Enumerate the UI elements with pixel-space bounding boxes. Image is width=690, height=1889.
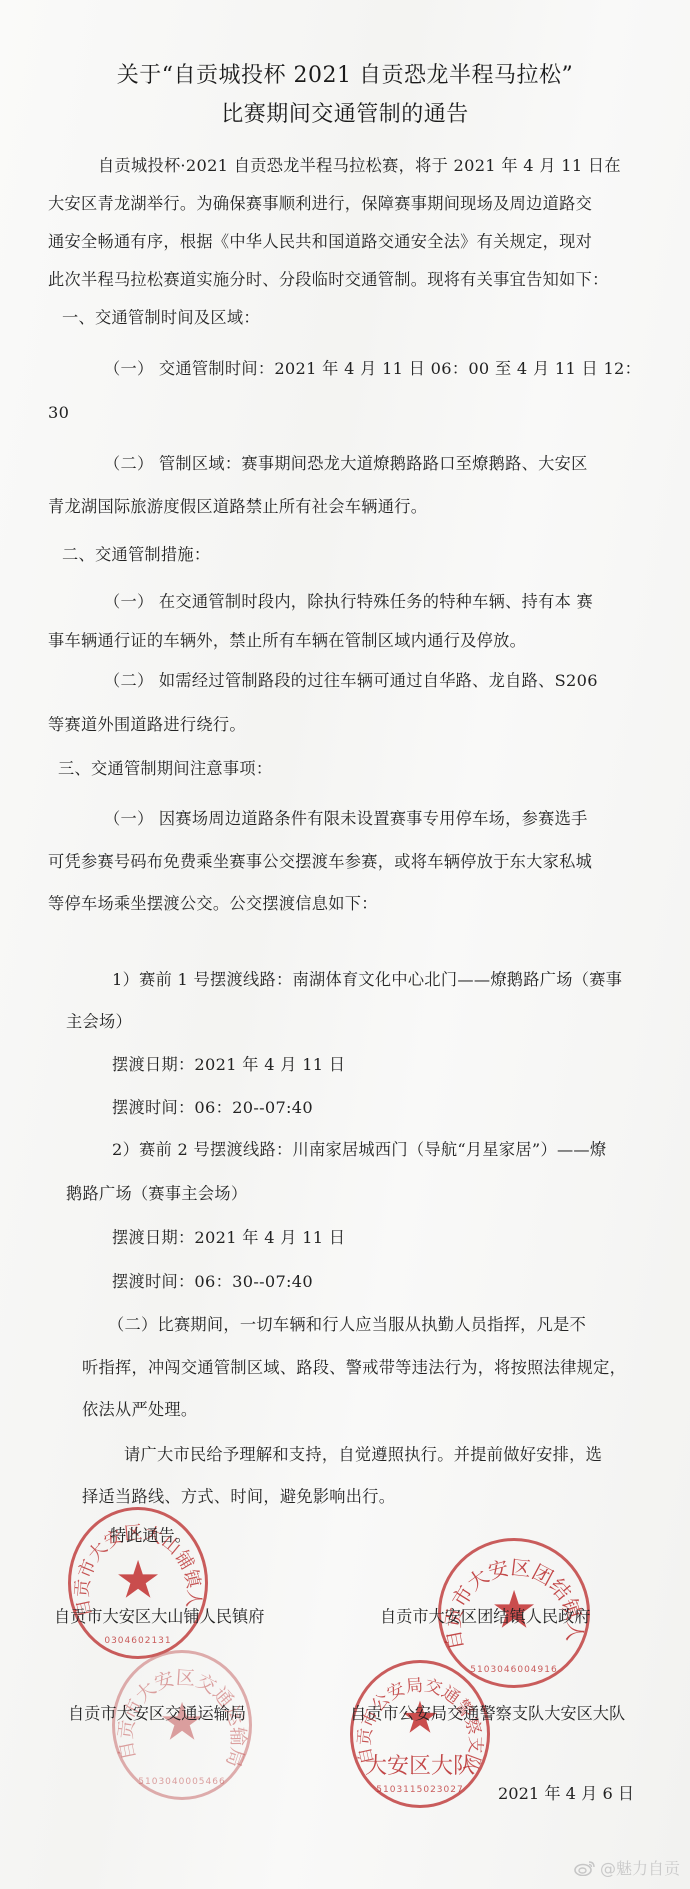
- seal-star-icon: ★: [115, 1554, 162, 1606]
- section2-item1: （一） 在交通管制时段内，除执行特殊任务的特种车辆、持有本 赛: [104, 588, 593, 612]
- section2-item2-cont: 等赛道外围道路进行绕行。: [48, 711, 246, 735]
- document-title-line2: 比赛期间交通管制的通告: [0, 97, 690, 128]
- notice-text: 特此通告。: [110, 1522, 191, 1546]
- intro-line: 此次半程马拉松赛道实施分时、分段临时交通管制。现将有关事宜告知如下：: [48, 266, 609, 290]
- section3-heading: 三、交通管制期间注意事项：: [58, 755, 272, 779]
- route1-date: 摆渡日期：2021 年 4 月 11 日: [112, 1051, 345, 1075]
- seal-code: 0304602131: [71, 1636, 205, 1646]
- intro-line: 大安区青龙湖举行。为确保赛事顺利进行，保障赛事期间现场及周边道路交: [48, 190, 592, 214]
- watermark: @魅力自贡: [574, 1856, 680, 1879]
- document-page: 关于“自贡城投杯 2021 自贡恐龙半程马拉松” 比赛期间交通管制的通告 自贡城…: [0, 0, 690, 1889]
- route1-line-cont: 主会场）: [66, 1008, 132, 1032]
- section3-item1-cont: 可凭参赛号码布免费乘坐赛事公交摆渡车参赛，或将车辆停放于东大家私城: [48, 848, 592, 872]
- section3-item2-cont: 听指挥，冲闯交通管制区域、路段、警戒带等违法行为，将按照法律规定，: [82, 1354, 626, 1378]
- section2-item1-cont: 事车辆通行证的车辆外，禁止所有车辆在管制区域内通行及停放。: [48, 627, 526, 651]
- weibo-icon: [574, 1860, 596, 1876]
- document-date: 2021 年 4 月 6 日: [498, 1780, 634, 1804]
- watermark-text: @魅力自贡: [600, 1856, 680, 1879]
- signatory-dashanpu: 自贡市大安区大山铺人民镇府: [54, 1603, 264, 1627]
- official-seal-traffic-police: 自贡市公安局交通警察支队 ★ 大安区大队 5103115023027: [350, 1660, 490, 1808]
- route1-line: 1）赛前 1 号摆渡线路：南湖体育文化中心北门——燎鹅路广场（赛事: [112, 966, 622, 990]
- closing-line: 请广大市民给予理解和支持，自觉遵照执行。并提前做好安排，选: [124, 1441, 602, 1465]
- route1-time: 摆渡时间：06：20--07:40: [112, 1094, 313, 1118]
- section2-heading: 二、交通管制措施：: [62, 541, 210, 565]
- section1-item1: （一） 交通管制时间：2021 年 4 月 11 日 06：00 至 4 月 1…: [104, 355, 641, 379]
- section3-item1-cont: 等停车场乘坐摆渡公交。公交摆渡信息如下：: [48, 890, 378, 914]
- section1-item2-cont: 青龙湖国际旅游度假区道路禁止所有社会车辆通行。: [48, 493, 427, 517]
- route2-line-cont: 鹅路广场（赛事主会场）: [66, 1180, 247, 1204]
- route2-time: 摆渡时间：06：30--07:40: [112, 1268, 313, 1292]
- document-title-line1: 关于“自贡城投杯 2021 自贡恐龙半程马拉松”: [0, 58, 690, 89]
- section1-heading: 一、交通管制时间及区域：: [62, 304, 260, 328]
- official-seal-transport: 自贡市大安区交通运输局 ★ 5103040005466: [112, 1650, 252, 1800]
- intro-line: 自贡城投杯·2021 自贡恐龙半程马拉松赛，将于 2021 年 4 月 11 日…: [98, 152, 621, 176]
- route2-line: 2）赛前 2 号摆渡线路：川南家居城西门（导航“月星家居”）——燎: [112, 1136, 606, 1160]
- signatory-tuanjie: 自贡市大安区团结镇人民政府: [380, 1603, 590, 1627]
- closing-line: 择适当路线、方式、时间，避免影响出行。: [82, 1483, 395, 1507]
- seal-code: 5103040005466: [115, 1777, 249, 1787]
- signatory-traffic-police: 自贡市公安局交通警察支队大安区大队: [350, 1700, 625, 1724]
- seal-inner-text: 大安区大队: [353, 1749, 487, 1780]
- signatory-transport: 自贡市大安区交通运输局: [68, 1700, 246, 1724]
- section2-item2: （二） 如需经过管制路段的过往车辆可通过自华路、龙自路、S206: [104, 667, 598, 691]
- section3-item2: （二）比赛期间，一切车辆和行人应当服从执勤人员指挥，凡是不: [108, 1311, 586, 1335]
- section1-item1-cont: 30: [48, 403, 69, 422]
- section3-item2-cont: 依法从严处理。: [82, 1396, 197, 1420]
- intro-line: 通安全畅通有序，根据《中华人民共和国道路交通安全法》有关规定，现对: [48, 228, 592, 252]
- route2-date: 摆渡日期：2021 年 4 月 11 日: [112, 1224, 345, 1248]
- section3-item1: （一） 因赛场周边道路条件有限未设置赛事专用停车场，参赛选手: [104, 805, 588, 829]
- seal-code: 5103115023027: [353, 1785, 487, 1795]
- section1-item2: （二） 管制区域：赛事期间恐龙大道燎鹅路路口至燎鹅路、大安区: [104, 450, 588, 474]
